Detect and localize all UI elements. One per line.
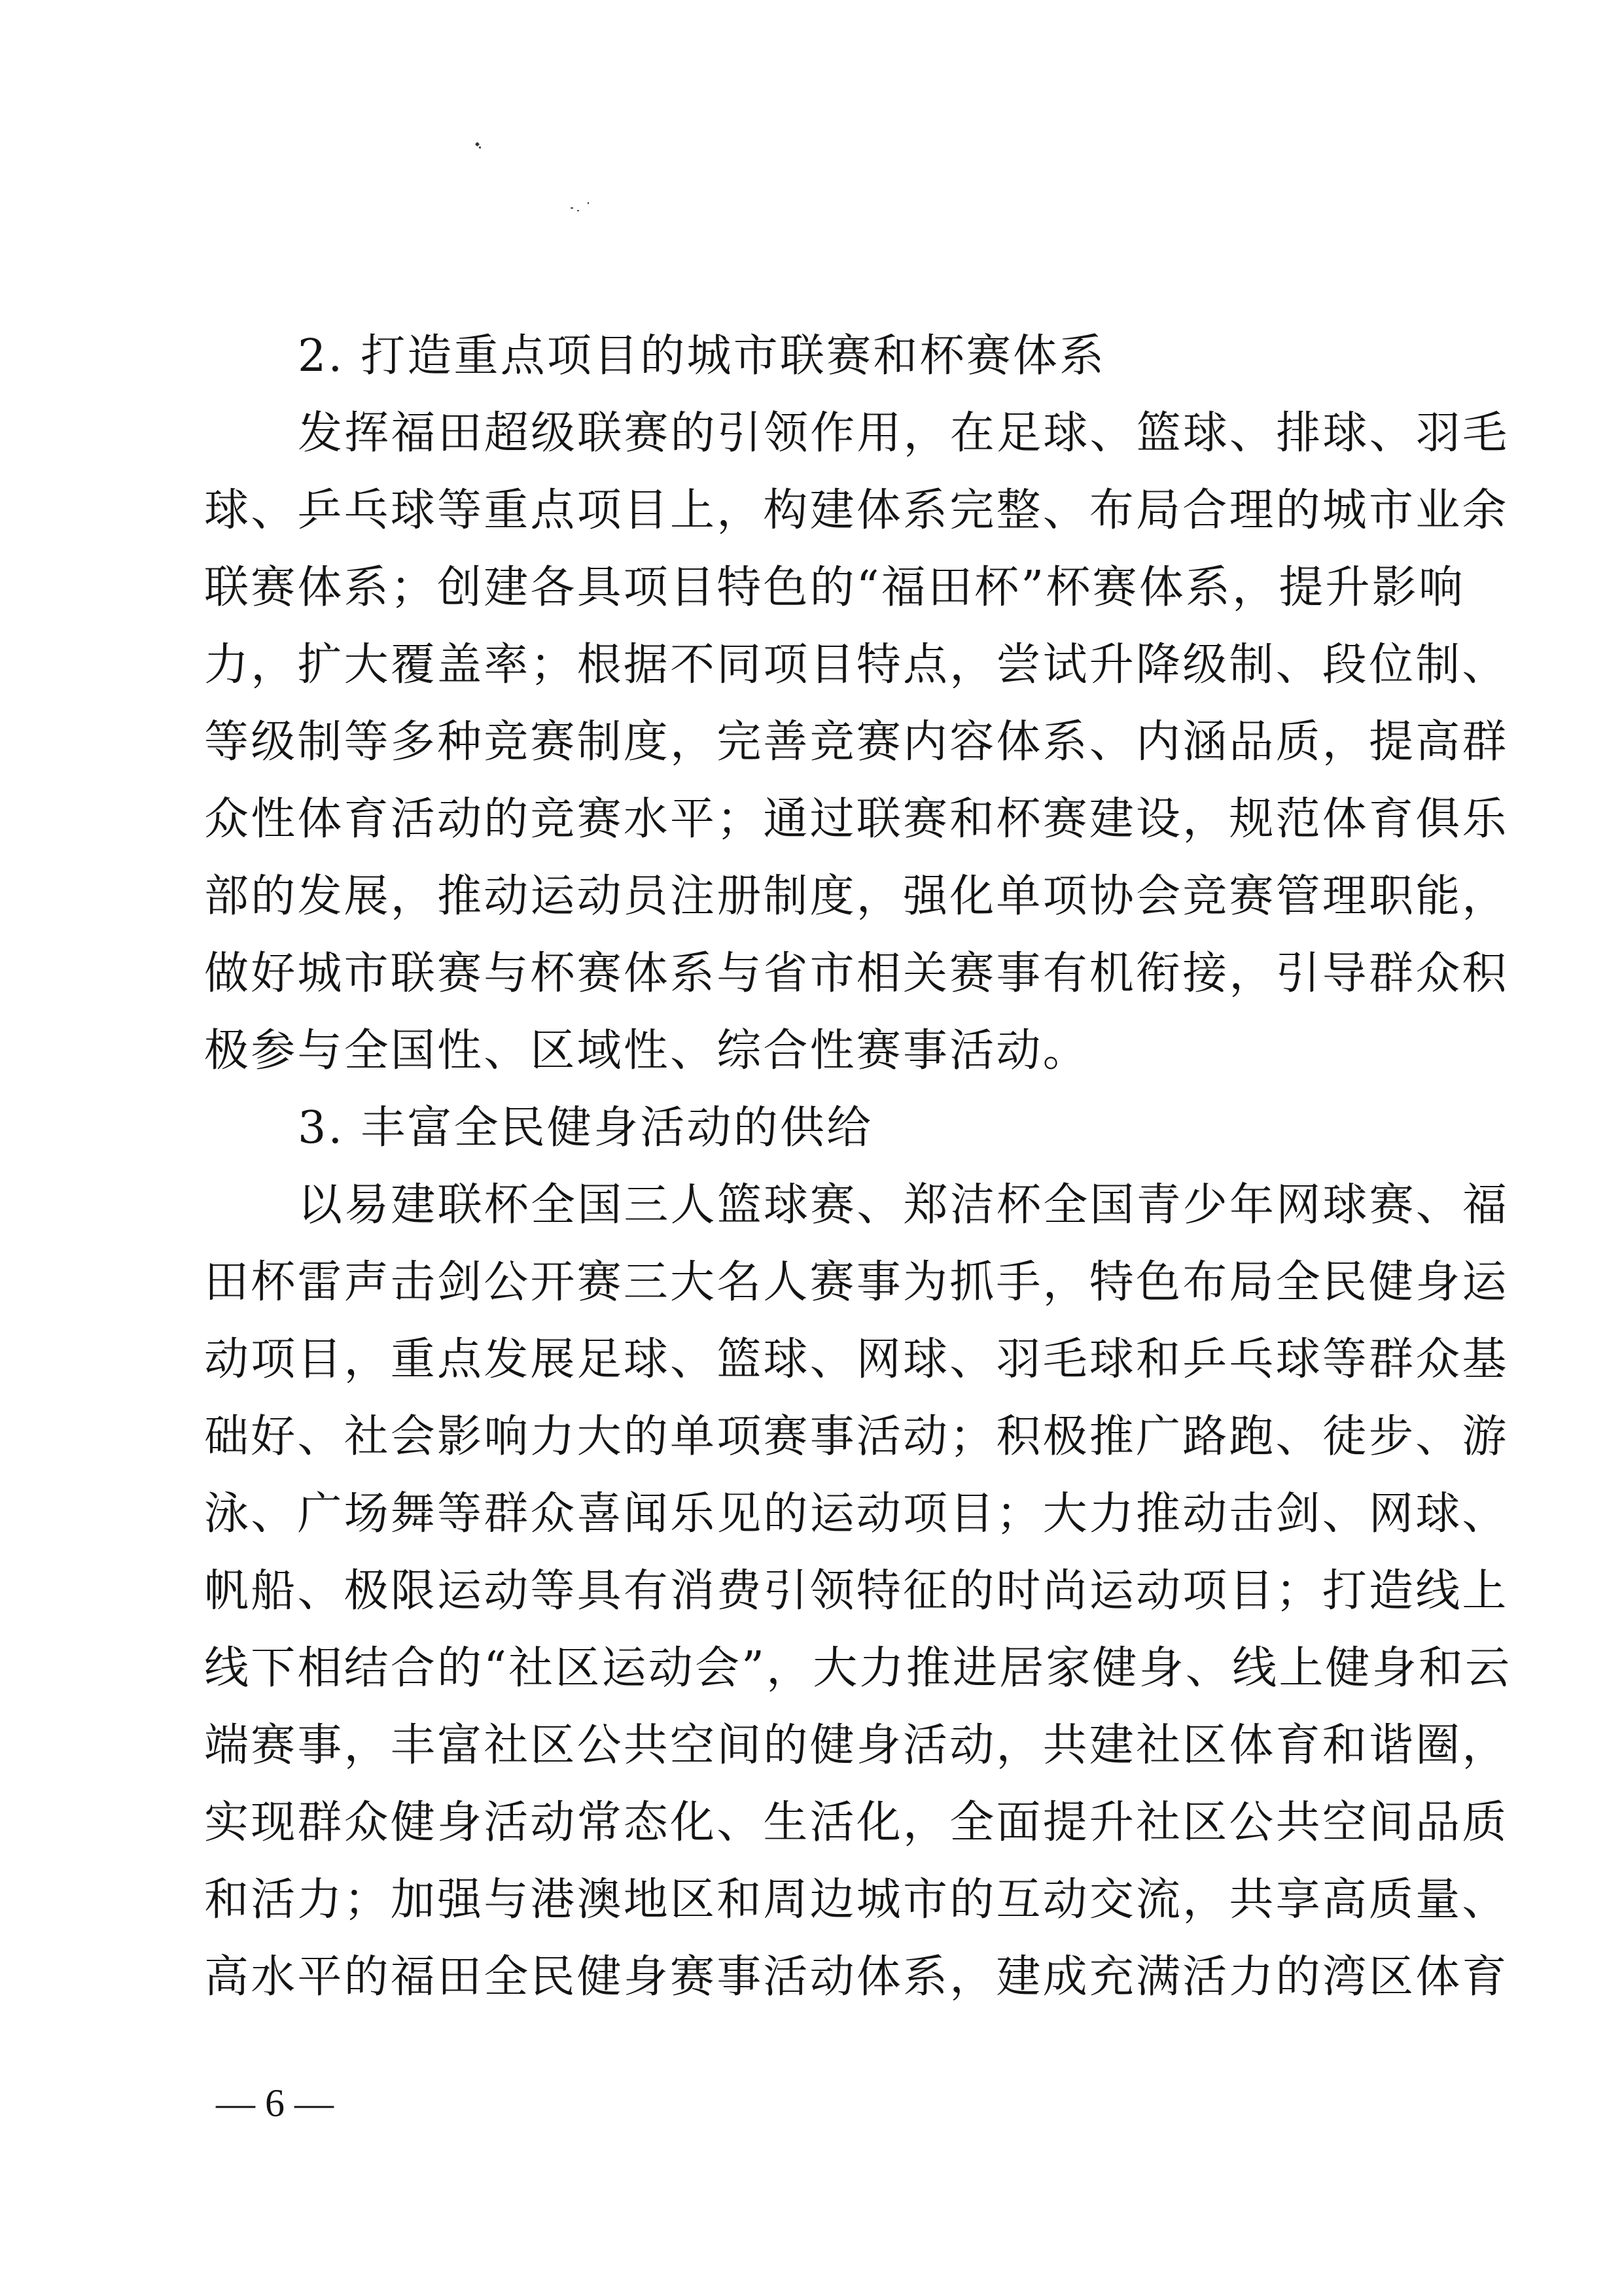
paragraph-line: 动项目，重点发展足球、篮球、网球、羽毛球和乒乓球等群众基 (204, 1321, 1421, 1399)
scan-speck (588, 202, 589, 204)
paragraph-line: 等级制等多种竞赛制度，完善竞赛内容体系、内涵品质，提高群 (204, 704, 1421, 781)
paragraph-line: 做好城市联赛与杯赛体系与省市相关赛事有机衔接，引导群众积 (204, 935, 1421, 1013)
paragraph-line: 田杯雷声击剑公开赛三大名人赛事为抓手，特色布局全民健身运 (204, 1244, 1421, 1321)
scan-speck (475, 142, 480, 147)
paragraph-line: 高水平的福田全民健身赛事活动体系，建成充满活力的湾区体育 (204, 1939, 1421, 2016)
paragraph-line: 联赛体系；创建各具项目特色的“福田杯”杯赛体系，提升影响 (204, 549, 1421, 627)
scan-speck (571, 207, 573, 209)
paragraph-line: 众性体育活动的竞赛水平；通过联赛和杯赛建设，规范体育俱乐 (204, 781, 1421, 858)
paragraph-line: 端赛事，丰富社区公共空间的健身活动，共建社区体育和谐圈， (204, 1707, 1421, 1784)
scan-speck (577, 210, 579, 211)
paragraph-line: 泳、广场舞等群众喜闻乐见的运动项目；大力推动击剑、网球、 (204, 1476, 1421, 1553)
paragraph-line: 实现群众健身活动常态化、生活化，全面提升社区公共空间品质 (204, 1784, 1421, 1862)
section-heading-3: 3. 丰富全民健身活动的供给 (298, 1090, 1421, 1167)
scan-speck (479, 147, 481, 148)
paragraph-line: 发挥福田超级联赛的引领作用，在足球、篮球、排球、羽毛 (298, 395, 1421, 472)
section-heading-2: 2. 打造重点项目的城市联赛和杯赛体系 (298, 318, 1421, 395)
document-page: 2. 打造重点项目的城市联赛和杯赛体系 发挥福田超级联赛的引领作用，在足球、篮球… (0, 0, 1624, 2296)
paragraph-line: 和活力；加强与港澳地区和周边城市的互动交流，共享高质量、 (204, 1862, 1421, 1939)
paragraph-line: 帆船、极限运动等具有消费引领特征的时尚运动项目；打造线上 (204, 1553, 1421, 1630)
paragraph-line: 线下相结合的“社区运动会”，大力推进居家健身、线上健身和云 (204, 1630, 1421, 1707)
paragraph-line: 力，扩大覆盖率；根据不同项目特点，尝试升降级制、段位制、 (204, 627, 1421, 704)
paragraph-line: 球、乒乓球等重点项目上，构建体系完整、布局合理的城市业余 (204, 472, 1421, 549)
paragraph-line-last: 极参与全国性、区域性、综合性赛事活动。 (204, 1013, 1421, 1090)
page-number: — 6 — (216, 2074, 334, 2132)
paragraph-line: 以易建联杯全国三人篮球赛、郑洁杯全国青少年网球赛、福 (298, 1167, 1421, 1244)
paragraph-line: 础好、社会影响力大的单项赛事活动；积极推广路跑、徒步、游 (204, 1399, 1421, 1476)
paragraph-line: 部的发展，推动运动员注册制度，强化单项协会竞赛管理职能， (204, 858, 1421, 935)
